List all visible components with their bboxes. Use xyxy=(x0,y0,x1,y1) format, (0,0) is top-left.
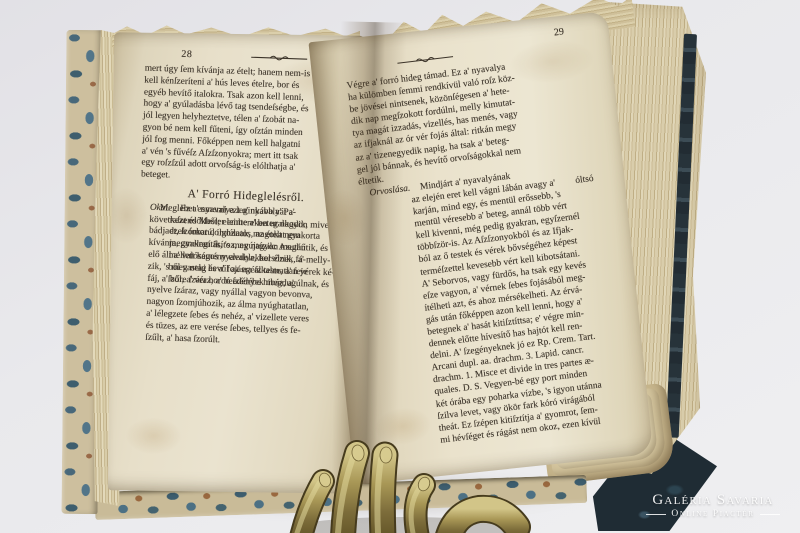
watermark-title: Galéria Savaria xyxy=(626,493,800,508)
photo-backdrop: 28 mert úgy ſem kívánja az ételt; hanem … xyxy=(0,0,800,533)
right-page: 29 Végre a' forró hideg támad. Ez a' nya… xyxy=(308,11,653,485)
watermark: Galéria Savaria Online Piactér xyxy=(626,493,800,519)
watermark-subtitle: Online Piactér xyxy=(671,509,754,519)
paragraph-okai-text: Ez a' nyavalya leginkább a' Pa- raſzt és… xyxy=(168,203,338,291)
page-number-left: 28 xyxy=(181,48,192,60)
right-page-text: 29 Végre a' forró hideg támad. Ez a' nya… xyxy=(343,24,637,473)
watermark-rule-right xyxy=(760,514,780,515)
brass-hand-sculpture xyxy=(283,433,535,533)
paragraph-okai: Okai. Ez a' nyavalya leginkább a' Pa- ra… xyxy=(140,202,351,221)
rule-ornament-icon xyxy=(250,53,308,63)
watermark-subtitle-row: Online Piactér xyxy=(626,509,800,519)
paragraph-orvoslasa-text: Mindjárt a' nyavalyának az elején eret k… xyxy=(410,163,607,447)
watermark-rule-left xyxy=(646,514,666,515)
